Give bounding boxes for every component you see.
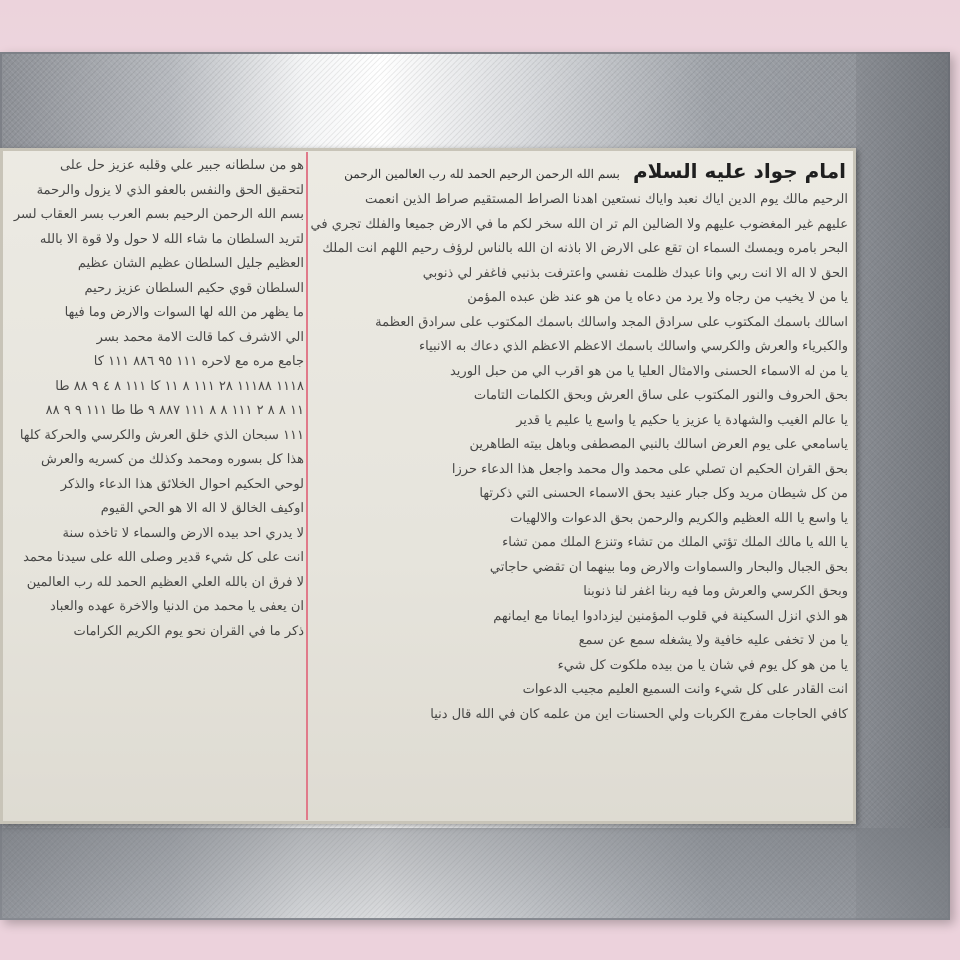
title-continuation: بسم الله الرحمن الرحيم الحمد لله رب العا…: [344, 167, 620, 181]
manuscript-line: ١١١ سبحان الذي خلق العرش والكرسي والحركة…: [0, 424, 304, 449]
title-row: امام جواد عليه السلام بسم الله الرحمن ال…: [308, 154, 848, 188]
manuscript-line: العظيم جليل السلطان عظيم الشان عظيم: [0, 252, 304, 277]
manuscript-line: لا فرق ان بالله العلي العظيم الحمد لله ر…: [0, 571, 304, 596]
manuscript-line: يا من لا يخيب من رجاه ولا يرد من دعاه يا…: [308, 286, 848, 311]
manuscript-line: ذكر ما في القران نحو يوم الكريم الكرامات: [0, 620, 304, 645]
manuscript-line: وبحق الكرسي والعرش وما فيه ربنا اغفر لنا…: [308, 580, 848, 605]
manuscript-line: الحق لا اله الا انت ربي وانا عبدك ظلمت ن…: [308, 262, 848, 287]
manuscript-line: الي الاشرف كما قالت الامة محمد بسر: [0, 326, 304, 351]
right-page: امام جواد عليه السلام بسم الله الرحمن ال…: [308, 154, 848, 818]
manuscript-line: كافي الحاجات مفرج الكربات ولي الحسنات اي…: [308, 703, 848, 728]
manuscript-line: يا من هو كل يوم في شان يا من بيده ملكوت …: [308, 654, 848, 679]
manuscript-line: بحق الجبال والبحار والسماوات والارض وما …: [308, 556, 848, 581]
manuscript-line: ما يظهر من الله لها السوات والارض وما في…: [0, 301, 304, 326]
manuscript-line: الرحيم مالك يوم الدين اياك نعبد واياك نس…: [308, 188, 848, 213]
manuscript-line: لا يدري احد بيده الارض والسماء لا تاخذه …: [0, 522, 304, 547]
manuscript-line: اوكيف الخالق لا اله الا هو الحي القيوم: [0, 497, 304, 522]
manuscript-line: من كل شيطان مريد وكل جبار عنيد بحق الاسم…: [308, 482, 848, 507]
manuscript-line: هو الذي انزل السكينة في قلوب المؤمنين لي…: [308, 605, 848, 630]
left-page: هو من سلطانه جبير علي وقلبه عزيز حل علىل…: [0, 154, 304, 818]
manuscript-line: لتريد السلطان ما شاء الله لا حول ولا قوة…: [0, 228, 304, 253]
manuscript-title: امام جواد عليه السلام: [631, 154, 848, 188]
manuscript-line: بحق القران الحكيم ان تصلي على محمد وال م…: [308, 458, 848, 483]
manuscript-line: يا عالم الغيب والشهادة يا عزيز يا حكيم ي…: [308, 409, 848, 434]
frame-bottom-bevel: [0, 828, 950, 920]
manuscript-line: يا الله يا مالك الملك تؤتي الملك من تشاء…: [308, 531, 848, 556]
manuscript-line: بسم الله الرحمن الرحيم بسم العرب بسر الع…: [0, 203, 304, 228]
manuscript-line: ١١١٨ ١١١٨٨ ٢٨ ١١١ ٨ ١١ كا ١١١ ٨ ٤ ٩ ٨٨ ط…: [0, 375, 304, 400]
manuscript-paper: هو من سلطانه جبير علي وقلبه عزيز حل علىل…: [0, 148, 856, 824]
manuscript-line: يا واسع يا الله العظيم والكريم والرحمن ب…: [308, 507, 848, 532]
manuscript-line: لتحقيق الحق والنفس بالعفو الذي لا يزول و…: [0, 179, 304, 204]
manuscript-line: انت على كل شيء قدير وصلى الله على سيدنا …: [0, 546, 304, 571]
manuscript-line: لوحي الحكيم احوال الخلائق هذا الدعاء وال…: [0, 473, 304, 498]
manuscript-line: بحق الحروف والنور المكتوب على ساق العرش …: [308, 384, 848, 409]
manuscript-line: عليهم غير المغضوب عليهم ولا الضالين الم …: [308, 213, 848, 238]
manuscript-line: البحر بامره ويمسك السماء ان تقع على الار…: [308, 237, 848, 262]
manuscript-line: ياسامعي على يوم العرض اسالك بالنبي المصط…: [308, 433, 848, 458]
manuscript-line: جامع مره مع لاحره ١١١ ٩٥ ٨٨٦ ١١١ كا: [0, 350, 304, 375]
manuscript-line: والكبرياء والعرش والكرسي واسالك باسمك ال…: [308, 335, 848, 360]
manuscript-line: السلطان قوي حكيم السلطان عزيز رحيم: [0, 277, 304, 302]
manuscript-line: يا من لا تخفى عليه خافية ولا يشغله سمع ع…: [308, 629, 848, 654]
manuscript-line: يا من له الاسماء الحسنى والامثال العليا …: [308, 360, 848, 385]
manuscript-line: اسالك باسمك المكتوب على سرادق المجد واسا…: [308, 311, 848, 336]
frame-right-bevel: [856, 52, 950, 920]
manuscript-line: ١١ ٨ ٨ ٢ ١١١ ٨ ٨ ١١١ ٨٨٧ ٩ طا طا ١١١ ٩ ٩…: [0, 399, 304, 424]
manuscript-line: انت القادر على كل شيء وانت السميع العليم…: [308, 678, 848, 703]
manuscript-line: هذا كل بسوره ومحمد وكذلك من كسريه والعرش: [0, 448, 304, 473]
manuscript-line: هو من سلطانه جبير علي وقلبه عزيز حل على: [0, 154, 304, 179]
manuscript-line: ان يعفى يا محمد من الدنيا والاخرة عهده و…: [0, 595, 304, 620]
